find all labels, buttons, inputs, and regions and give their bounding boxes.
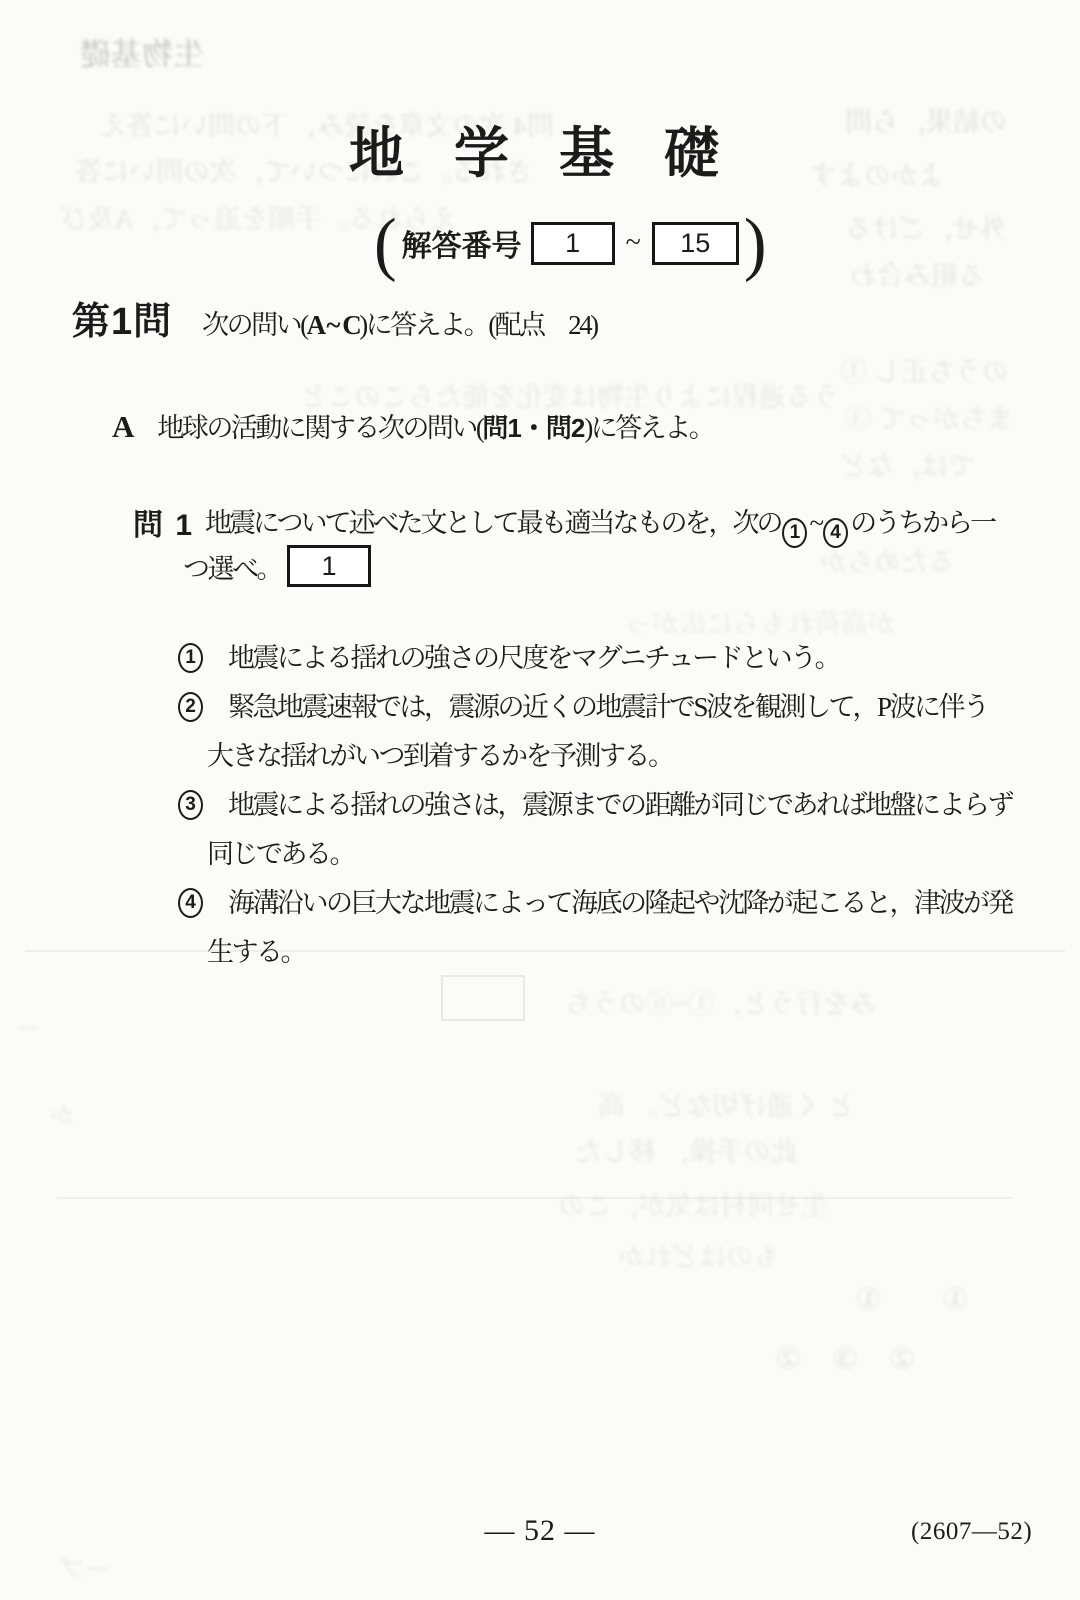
section-a-text-bold: 問1・問2 bbox=[482, 413, 584, 443]
exam-content: 地学基礎 ( 解答番号 1 ~ 15 ) 第1問 次の問い(A ~ C)に答えよ… bbox=[0, 0, 1080, 1600]
option-text-line: 地震による揺れの強さは，震源までの距離が同じであれば地盤によらず bbox=[228, 781, 1017, 830]
option-item-1: 1 地震による揺れの強さの尺度をマグニチュードという。 bbox=[207, 634, 1017, 683]
exam-page: 生物基礎問4 次の文章を読み，下の問いに答えされる。これについて，次の問いに答え… bbox=[0, 0, 1080, 1600]
option-text-line: 大きな揺れがいつ到着するかを予測する。 bbox=[207, 732, 1017, 781]
option-text-line: 地震による揺れの強さの尺度をマグニチュードという。 bbox=[228, 634, 1017, 683]
option-circle-1: 1 bbox=[178, 643, 203, 673]
page-number: — 52 — bbox=[485, 1514, 596, 1548]
section-a-text: 地球の活動に関する次の問い(問1・問2)に答えよ。 bbox=[157, 406, 713, 445]
option-item-4: 4 海溝沿いの巨大な地震によって海底の隆起や沈降が起こると，津波が発 生する。 bbox=[207, 879, 1017, 977]
answer-number-label: 解答番号 bbox=[402, 221, 522, 265]
option-circle-3: 3 bbox=[178, 790, 203, 820]
question1-number: 第1問 bbox=[72, 300, 172, 344]
question1-instruction: 次の問い(A ~ C)に答えよ。(配点 24) bbox=[202, 303, 597, 342]
answer-number-box-end: 15 bbox=[652, 222, 739, 265]
answer-number-box-start: 1 bbox=[531, 222, 615, 265]
toi1-text-line1: 地震について述べた文として最も適当なものを，次の1~4のうちから一 bbox=[205, 501, 994, 548]
toi1-label: 問 1 bbox=[133, 500, 194, 544]
instruction-range: A ~ C bbox=[307, 310, 360, 340]
toi1-line1-pre: 地震について述べた文として最も適当なものを，次の bbox=[205, 508, 780, 538]
tilde: ~ bbox=[626, 227, 641, 259]
option-text-line: 海溝沿いの巨大な地震によって海底の隆起や沈降が起こると，津波が発 bbox=[228, 879, 1017, 928]
print-code: (2607—52) bbox=[911, 1518, 1032, 1546]
section-a-text-post: )に答えよ。 bbox=[584, 413, 713, 443]
circled-4-inline: 4 bbox=[823, 518, 848, 548]
exam-title: 地学基礎 bbox=[349, 122, 769, 184]
circled-1-inline: 1 bbox=[782, 518, 807, 548]
toi1-text-line2: つ選べ。 1 bbox=[183, 545, 371, 587]
answer-box-1: 1 bbox=[287, 545, 371, 587]
question1-heading: 第1問 次の問い(A ~ C)に答えよ。(配点 24) bbox=[72, 300, 597, 344]
section-a-label: A bbox=[112, 409, 134, 445]
section-a-text-pre: 地球の活動に関する次の問い( bbox=[157, 413, 482, 443]
paren-open: ( bbox=[374, 212, 397, 275]
toi1-tilde: ~ bbox=[809, 508, 821, 538]
toi1-line1-post: のうちから一 bbox=[850, 508, 994, 538]
paren-close: ) bbox=[744, 212, 767, 275]
section-a: A 地球の活動に関する次の問い(問1・問2)に答えよ。 bbox=[112, 406, 713, 445]
option-item-2: 2 緊急地震速報では，震源の近くの地震計でS波を観測して，P波に伴う 大きな揺れ… bbox=[207, 683, 1017, 781]
toi1-line2-text: つ選べ。 bbox=[183, 547, 281, 586]
options-list: 1 地震による揺れの強さの尺度をマグニチュードという。 2 緊急地震速報では，震… bbox=[207, 634, 1017, 977]
option-text-line: 生する。 bbox=[207, 928, 1017, 977]
option-item-3: 3 地震による揺れの強さは，震源までの距離が同じであれば地盤によらず 同じである… bbox=[207, 781, 1017, 879]
instruction-pre: 次の問い( bbox=[202, 310, 307, 340]
option-circle-4: 4 bbox=[178, 888, 203, 918]
option-text-line: 緊急地震速報では，震源の近くの地震計でS波を観測して，P波に伴う bbox=[228, 683, 1017, 732]
option-text-line: 同じである。 bbox=[207, 830, 1017, 879]
instruction-post: )に答えよ。(配点 24) bbox=[359, 310, 596, 340]
answer-number-range: ( 解答番号 1 ~ 15 ) bbox=[374, 212, 766, 274]
option-circle-2: 2 bbox=[178, 692, 203, 722]
